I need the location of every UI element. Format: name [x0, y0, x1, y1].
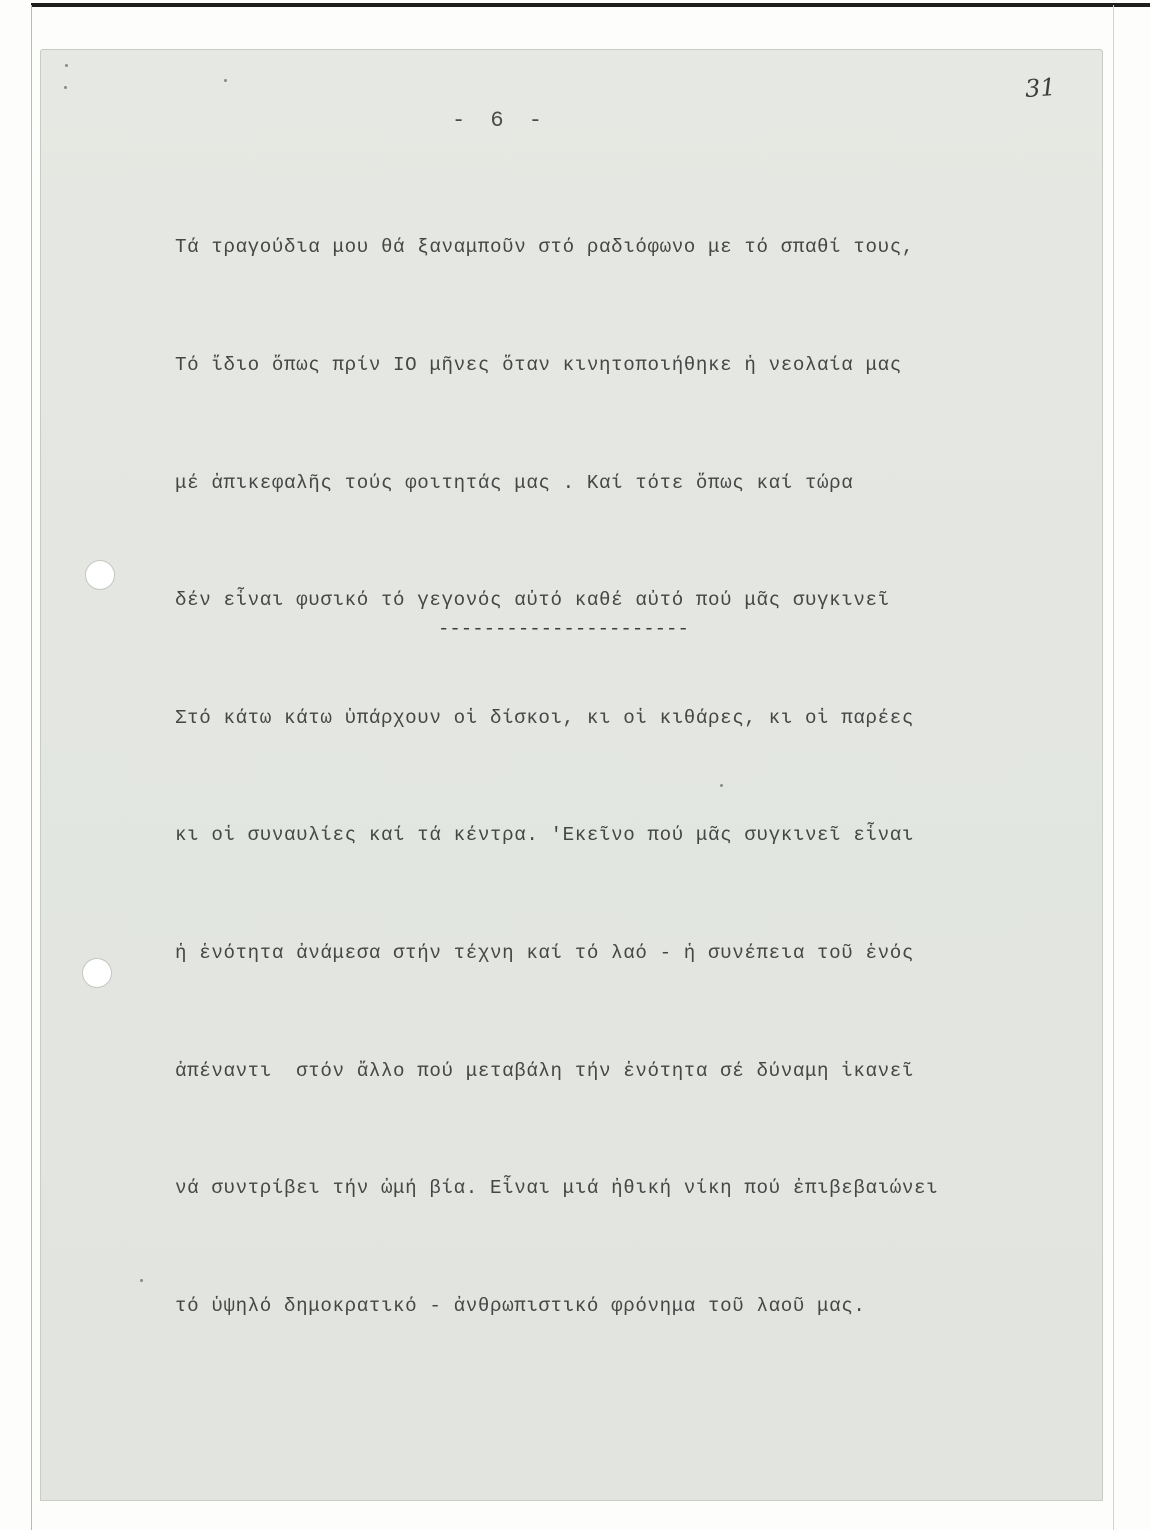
scanner-edge-bar	[31, 3, 1150, 7]
paper-speck	[64, 86, 67, 89]
typed-paragraph: Tά τραγούδια μου θά ξαναμποῦν στό ραδιόφ…	[175, 150, 1075, 1365]
paper-speck	[224, 79, 227, 82]
text-line: τό ὑψηλό δημοκρατικό - ἀνθρωπιστικό φρόν…	[175, 1287, 1075, 1326]
text-line: Στό κάτω κάτω ὑπάρχουν οἱ δίσκοι, κι οἱ …	[175, 699, 1075, 738]
text-line: δέν εἶναι φυσικό τό γεγονός αὐτό καθέ αὐ…	[175, 581, 1075, 620]
punch-hole	[86, 561, 114, 589]
scanner-right-edge	[1113, 5, 1114, 1530]
paper-speck	[140, 1279, 143, 1282]
section-divider: ----------------------	[438, 618, 689, 640]
text-line: Tά τραγούδια μου θά ξαναμποῦν στό ραδιόφ…	[175, 228, 1075, 267]
text-line: μέ ἀπικεφαλῆς τούς φοιτητάς μας . Καί τό…	[175, 464, 1075, 503]
text-line: ἀπέναντι στόν ἄλλο πού μεταβάλη τήν ἑνότ…	[175, 1052, 1075, 1091]
text-line: κι οἱ συναυλίες καί τά κέντρα. 'Εκεῖνο π…	[175, 816, 1075, 855]
punch-hole	[83, 959, 111, 987]
text-line: ἡ ἑνότητα ἀνάμεσα στήν τέχνη καί τό λαό …	[175, 934, 1075, 973]
paper-speck	[65, 64, 68, 67]
text-line: νά συντρίβει τήν ὠμή βία. Εἶναι μιά ἠθικ…	[175, 1169, 1075, 1208]
scanner-left-edge	[31, 5, 32, 1530]
text-line: Τό ἴδιο ὅπως πρίν IO μῆνες ὅταν κινητοπο…	[175, 346, 1075, 385]
page-number: - 6 -	[452, 108, 548, 133]
archive-number: 31	[1024, 73, 1056, 103]
